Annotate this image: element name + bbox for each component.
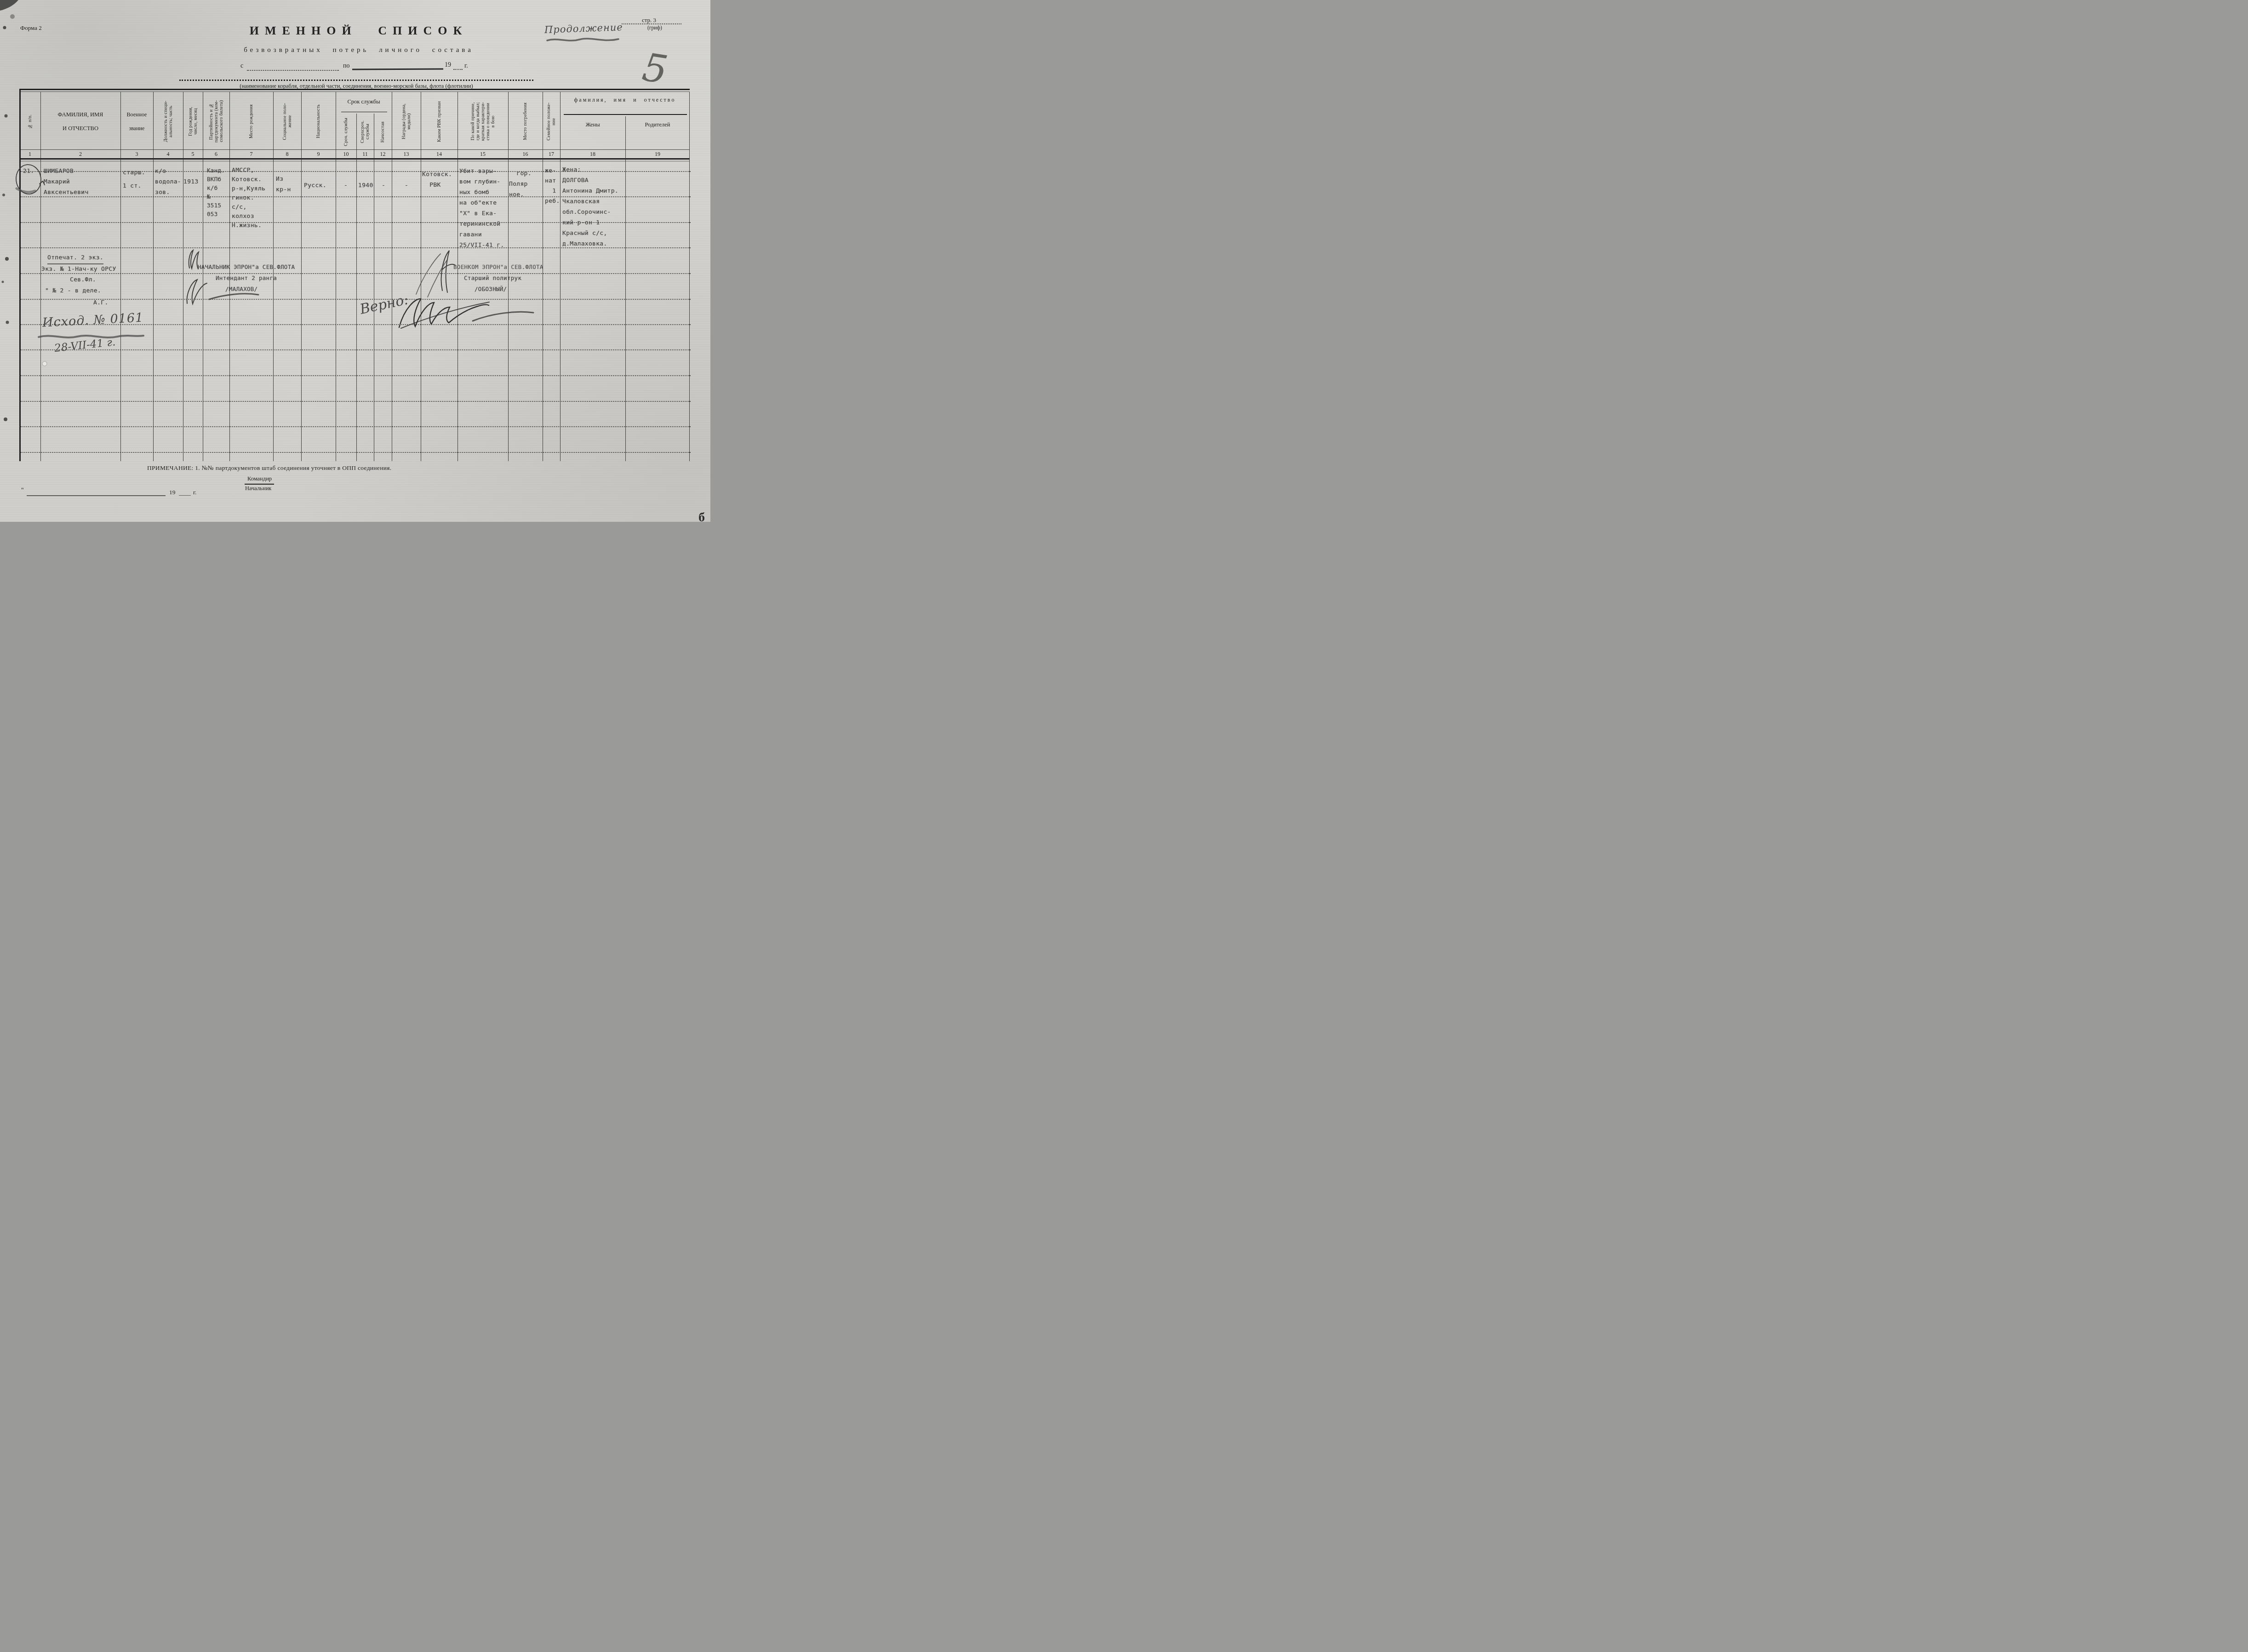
pencil-marks-layer bbox=[0, 0, 710, 522]
pencil-smudge bbox=[17, 189, 35, 192]
continuation-underline bbox=[547, 39, 618, 40]
punch-hole bbox=[42, 361, 47, 366]
corner-blotch bbox=[0, 0, 18, 11]
scanned-document-page: Форма 2 ИМЕННОЙ СПИСОК безвозвратных пот… bbox=[0, 0, 710, 522]
outgoing-underline bbox=[39, 336, 143, 337]
malakhov-underline bbox=[209, 294, 258, 299]
pencil-squiggle-right bbox=[441, 251, 455, 292]
obozny-underline bbox=[473, 312, 533, 321]
pencil-squiggle-left-lower bbox=[187, 280, 207, 304]
pencil-squiggle-left-upper bbox=[189, 250, 199, 269]
